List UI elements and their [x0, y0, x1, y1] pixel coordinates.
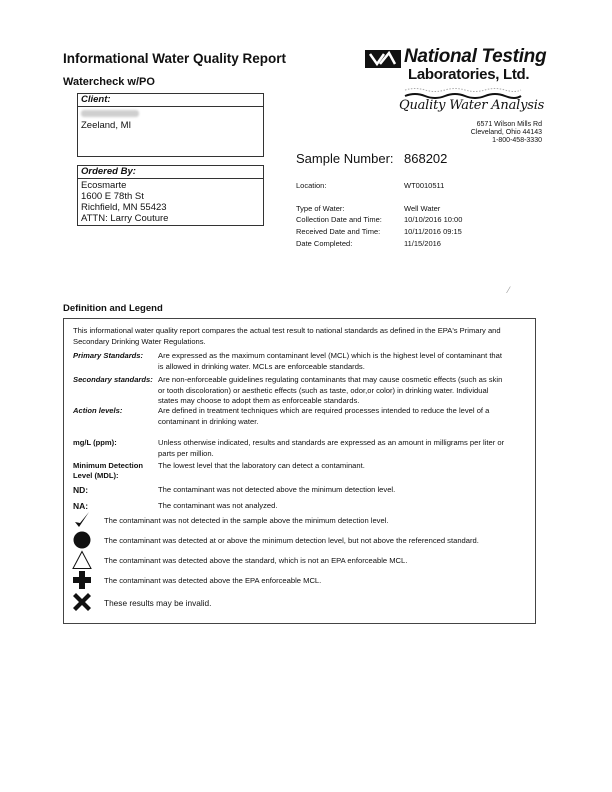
lab-name-line2: Laboratories, Ltd.: [408, 66, 529, 83]
desc-line: parts per million.: [158, 449, 528, 460]
term-mdl: Minimum Detection Level (MDL):: [73, 461, 143, 481]
collection-date-value: 10/10/2016 10:00: [404, 215, 462, 224]
term-primary-standards: Primary Standards:: [73, 351, 143, 361]
definitions-title: Definition and Legend: [63, 303, 163, 314]
ordered-by-line: Richfield, MN 55423: [81, 202, 260, 213]
collection-date-label: Collection Date and Time:: [296, 215, 382, 224]
symbol-desc-circle: The contaminant was detected at or above…: [104, 536, 479, 546]
symbol-desc-checkmark: The contaminant was not detected in the …: [104, 516, 389, 526]
open-triangle-icon: [72, 550, 92, 568]
desc-line: Unless otherwise indicated, results and …: [158, 438, 528, 449]
filled-circle-icon: [72, 530, 92, 548]
desc-line: contaminant in drinking water.: [158, 417, 528, 428]
client-city-state: Zeeland, MI: [81, 120, 131, 131]
location-value: WT0010511: [404, 181, 444, 190]
client-label: Client:: [78, 94, 263, 107]
desc-secondary-standards: Are non-enforceable guidelines regulatin…: [158, 375, 528, 407]
desc-mg-per-l: Unless otherwise indicated, results and …: [158, 438, 528, 459]
received-date-value: 10/11/2016 09:15: [404, 227, 462, 236]
ordered-by-line: 1600 E 78th St: [81, 191, 260, 202]
desc-line: or tooth discoloration) or aesthetic eff…: [158, 386, 528, 397]
desc-action-levels: Are defined in treatment techniques whic…: [158, 406, 528, 427]
desc-mdl: The lowest level that the laboratory can…: [158, 461, 528, 472]
ordered-by-box: Ordered By: Ecosmarte 1600 E 78th St Ric…: [77, 165, 264, 226]
desc-line: states may choose to adopt them as enfor…: [158, 396, 528, 407]
sample-number-value: 868202: [404, 151, 447, 166]
water-type-label: Type of Water:: [296, 204, 345, 213]
term-line: Level (MDL):: [73, 471, 143, 481]
symbol-desc-x: These results may be invalid.: [104, 598, 211, 608]
lab-phone: 1-800-458-3330: [392, 137, 542, 144]
intro-line: This informational water quality report …: [73, 326, 501, 336]
water-type-value: Well Water: [404, 204, 440, 213]
completed-date-value: 11/15/2016: [404, 239, 441, 248]
lab-address-line: Cleveland, Ohio 44143: [392, 129, 542, 136]
report-title: Informational Water Quality Report: [63, 51, 286, 66]
received-date-label: Received Date and Time:: [296, 227, 380, 236]
ordered-by-line: ATTN: Larry Couture: [81, 213, 260, 224]
location-label: Location:: [296, 181, 326, 190]
desc-nd: The contaminant was not detected above t…: [158, 485, 528, 496]
ordered-by-label: Ordered By:: [78, 166, 263, 179]
client-name-redacted: [81, 110, 139, 117]
completed-date-label: Date Completed:: [296, 239, 352, 248]
desc-line: Are defined in treatment techniques whic…: [158, 406, 528, 417]
desc-na: The contaminant was not analyzed.: [158, 501, 528, 512]
term-mg-per-l: mg/L (ppm):: [73, 438, 117, 448]
intro-line: Secondary Drinking Water Regulations.: [73, 337, 206, 347]
ntl-logo-icon: [365, 50, 401, 68]
desc-line: is allowed in drinking water. MCLs are e…: [158, 362, 528, 373]
term-secondary-standards: Secondary standards:: [73, 375, 153, 385]
term-action-levels: Action levels:: [73, 406, 122, 416]
term-line: Minimum Detection: [73, 461, 143, 471]
client-box: Client: Zeeland, MI: [77, 93, 264, 157]
report-subtitle: Watercheck w/PO: [63, 76, 155, 88]
desc-line: Are non-enforceable guidelines regulatin…: [158, 375, 528, 386]
ordered-by-line: Ecosmarte: [81, 180, 260, 191]
symbol-desc-triangle: The contaminant was detected above the s…: [104, 556, 407, 566]
x-mark-icon: [72, 592, 92, 610]
symbol-desc-plus: The contaminant was detected above the E…: [104, 576, 321, 586]
lab-tagline: Quality Water Analysis: [399, 98, 544, 113]
plus-icon: [72, 570, 92, 588]
desc-primary-standards: Are expressed as the maximum contaminant…: [158, 351, 528, 372]
desc-line: Are expressed as the maximum contaminant…: [158, 351, 528, 362]
term-nd: ND:: [73, 485, 88, 495]
lab-address-line: 6571 Wilson Mills Rd: [392, 121, 542, 128]
scan-mark: ⁄: [508, 285, 510, 295]
checkmark-icon: [72, 510, 92, 528]
lab-name-line1: National Testing: [404, 46, 546, 68]
sample-number-label: Sample Number:: [296, 151, 394, 166]
